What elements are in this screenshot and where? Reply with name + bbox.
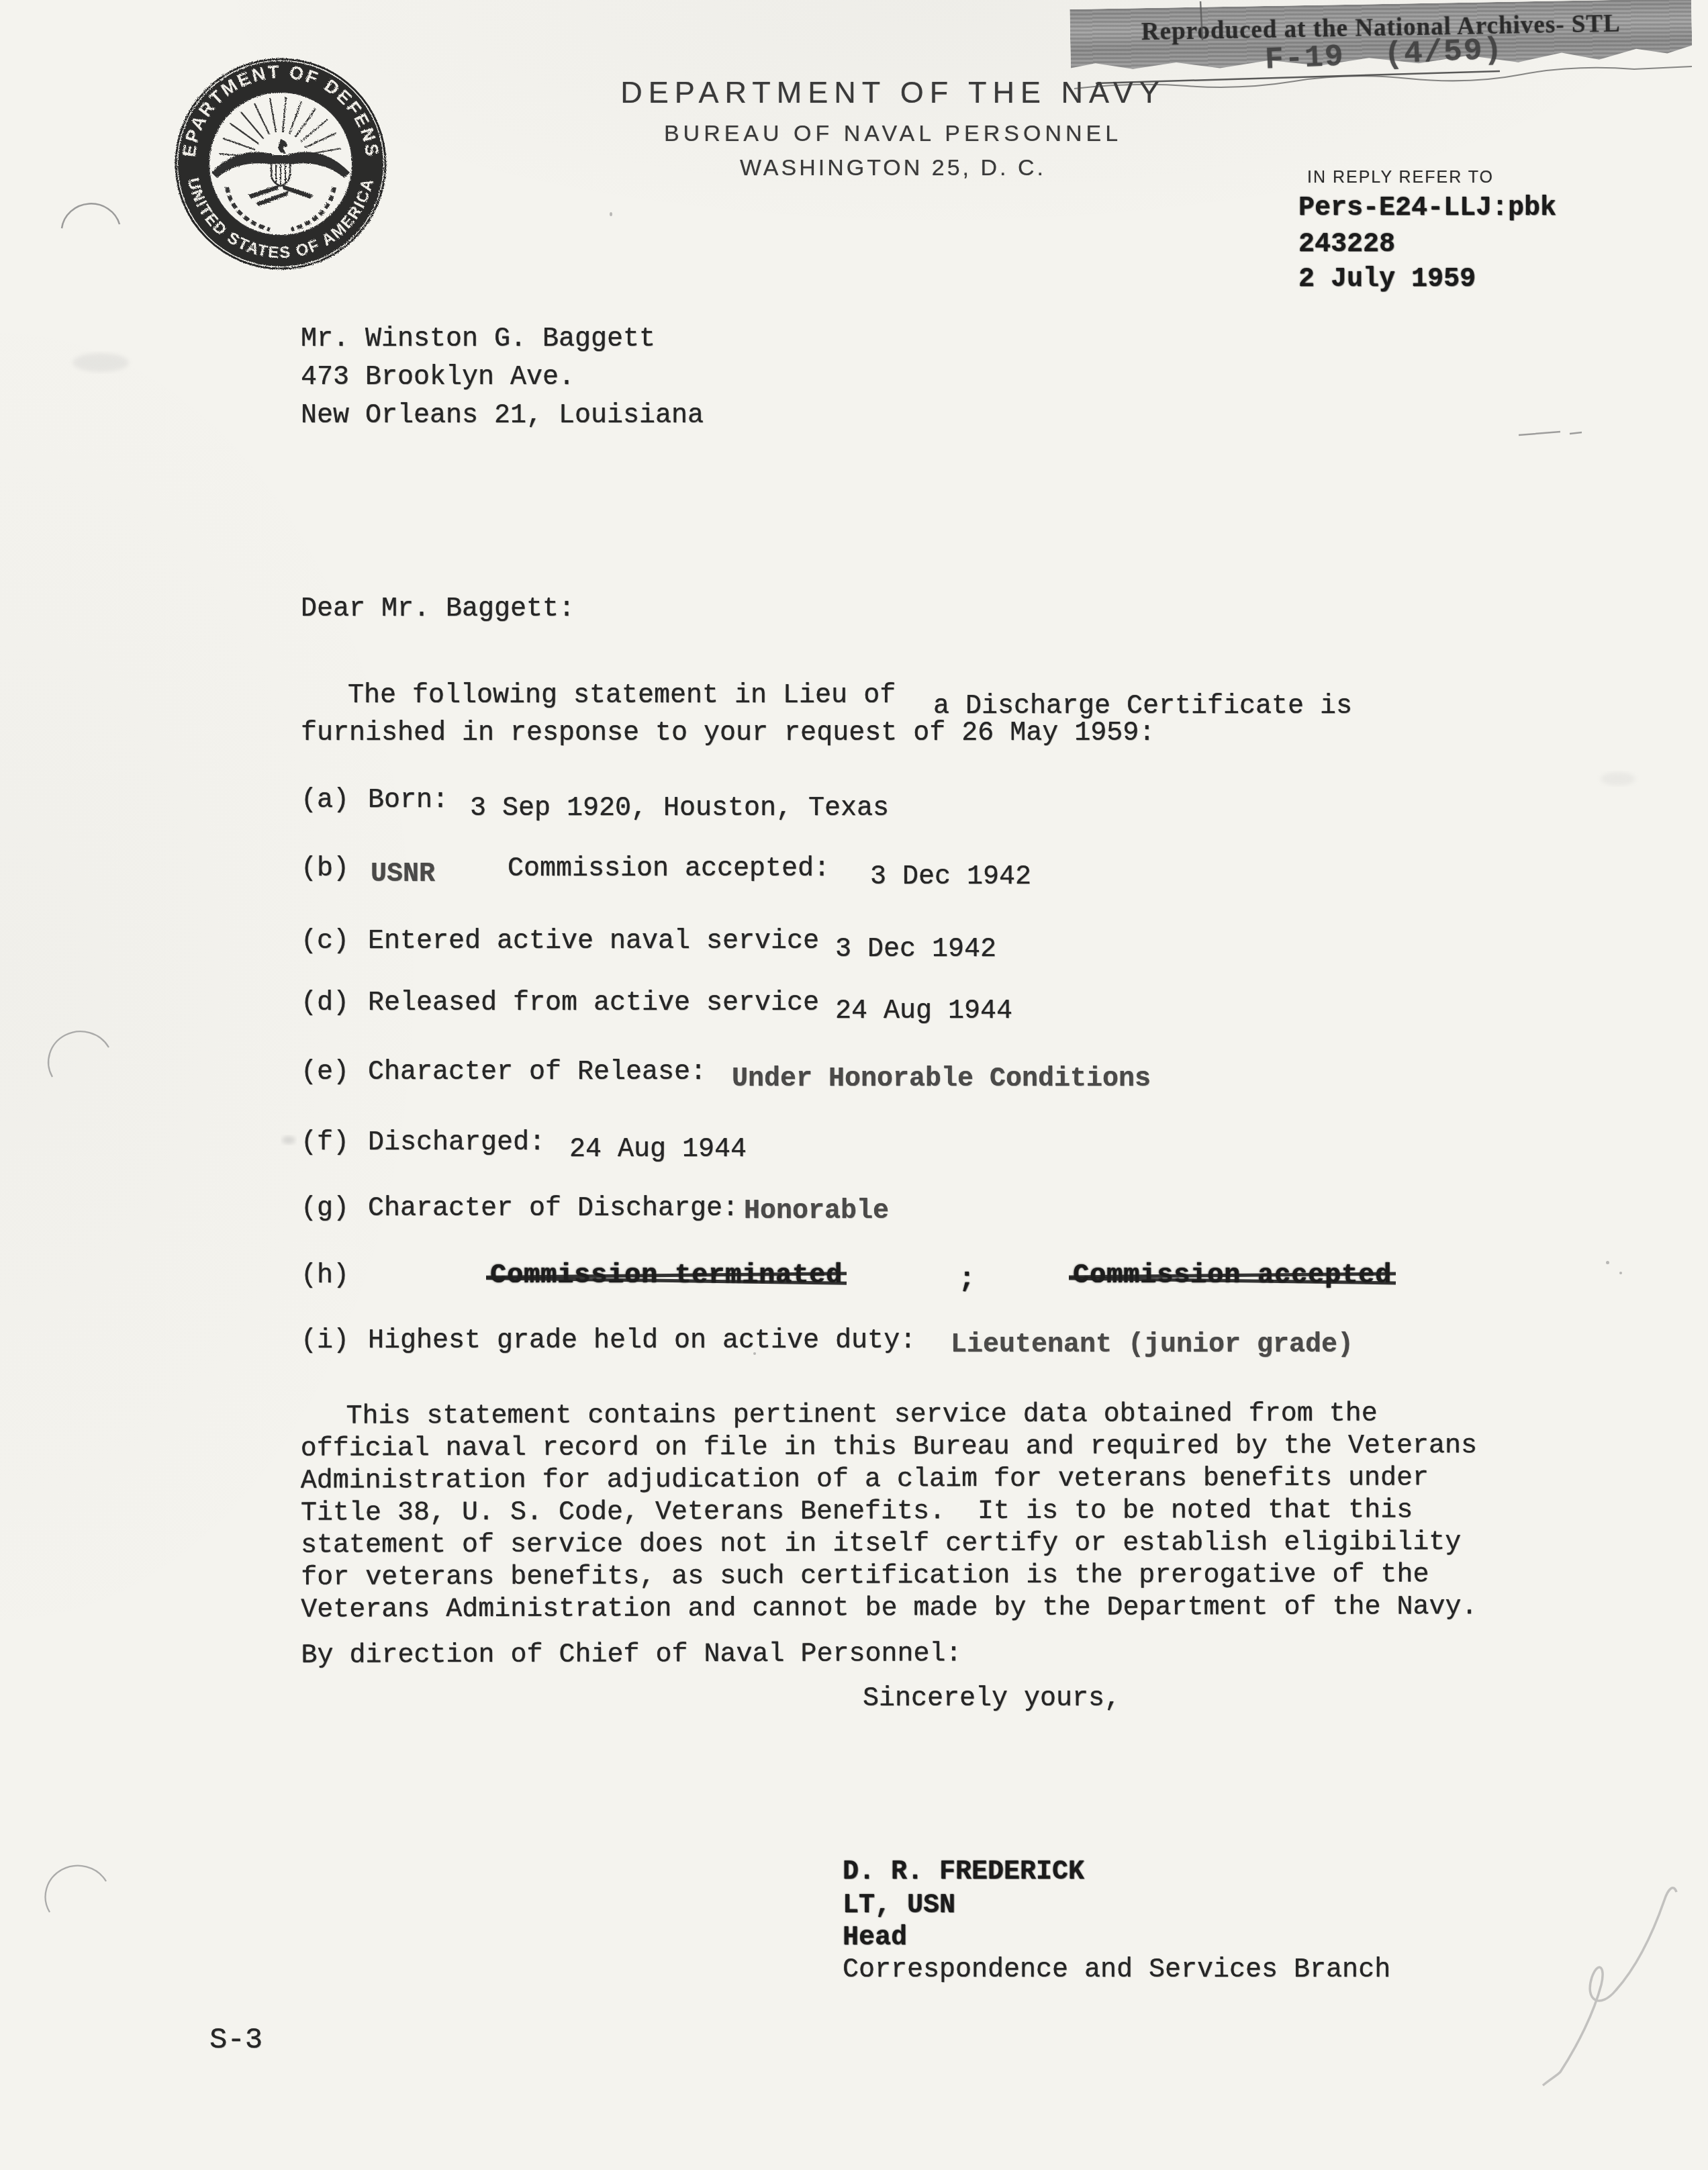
pen-dash-marks: [1519, 432, 1582, 435]
scan-smudge: [73, 353, 129, 372]
scan-smudge: [282, 1136, 295, 1144]
punch-hole: [48, 1031, 109, 1077]
scan-speck: [1619, 1272, 1622, 1274]
strike-line-through-form-number: [1096, 71, 1500, 83]
torn-edge-line: [1074, 66, 1692, 89]
scanned-letter-page: DEPARTMENT OF DEFENSE UNITED STATES OF A…: [0, 0, 1708, 2170]
scan-speck: [753, 1352, 756, 1355]
punch-hole: [46, 1866, 106, 1912]
punch-hole: [62, 203, 120, 228]
scan-speck: [1606, 1261, 1609, 1264]
handwritten-mark: [1543, 1888, 1676, 2085]
scan-artifacts-overlay: [0, 0, 1708, 2170]
scan-smudge: [1601, 772, 1635, 786]
scan-speck: [610, 212, 612, 216]
stamp-edge-line: [1200, 1, 1202, 40]
